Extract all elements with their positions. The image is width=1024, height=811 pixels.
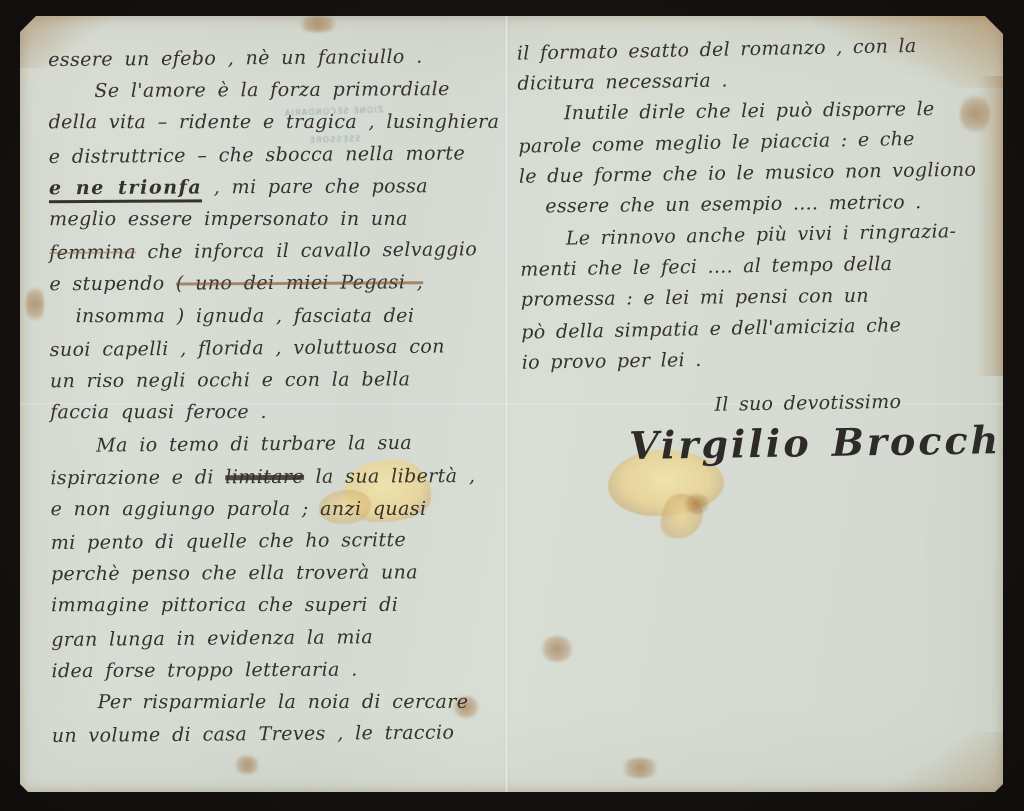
foxing-spot [26, 284, 44, 324]
handwritten-line: essere un efebo , nè un fanciullo . [48, 40, 508, 76]
handwritten-line: insomma ) ignuda , fasciata dei [50, 299, 510, 332]
handwritten-line: meglio essere impersonato in una [49, 203, 509, 236]
struck-phrase: ( uno dei miei Pegasi , [176, 272, 423, 295]
handwritten-line: e non aggiungo parola ; anzi quasi [51, 493, 511, 526]
letter-sheet: ZIONE SECONDARIA SSESSORE essere un efeb… [20, 16, 1003, 792]
scan-background: ZIONE SECONDARIA SSESSORE essere un efeb… [0, 0, 1024, 811]
handwritten-line: gran lunga in evidenza la mia [51, 620, 511, 656]
handwritten-line: Ma io temo di turbare la sua [50, 426, 510, 462]
handwritten-line: femmina che inforca il cavallo selvaggio [49, 233, 509, 269]
handwritten-line: Se l'amore è la forza primordiale [48, 73, 508, 108]
handwritten-line: un volume di casa Treves , le traccio [52, 716, 512, 752]
handwritten-line: della vita – ridente e tragica , lusingh… [49, 106, 509, 139]
foxing-spot [296, 16, 340, 32]
foxing-spot [234, 756, 260, 774]
foxing-spot [540, 636, 574, 662]
underlined-phrase: e ne trionfa [49, 176, 203, 203]
handwritten-line: idea forse troppo letteraria . [51, 653, 511, 688]
handwritten-line: mi pento di quelle che ho scritte [51, 523, 511, 559]
scribbled-word: limitare [225, 466, 304, 488]
handwritten-line: Per risparmiarle la noia di cercare [52, 686, 512, 719]
handwritten-line: e distruttrice – che sbocca nella morte [49, 137, 509, 173]
handwritten-line: e stupendo ( uno dei miei Pegasi , [49, 266, 509, 301]
handwritten-line: ispirazione e di limitare la sua libertà… [50, 459, 510, 494]
handwritten-line: immagine pittorica che superi di [51, 589, 511, 622]
signature: Virgilio Brocchi [523, 424, 999, 462]
left-page: essere un efebo , nè un fanciullo . Se l… [48, 41, 512, 752]
handwritten-line: suoi capelli , florida , voluttuosa con [50, 330, 510, 366]
right-page: il formato esatto del romanzo , con la d… [517, 30, 1000, 462]
foxing-corner-bottom-right [883, 732, 1003, 792]
handwritten-line: e ne trionfa , mi pare che possa [49, 170, 509, 205]
foxing-spot [620, 758, 660, 778]
handwritten-line: un riso negli occhi e con la bella [50, 363, 510, 398]
handwritten-line: perchè penso che ella troverà una [51, 556, 511, 591]
foxing-spot [684, 494, 710, 514]
handwritten-line: faccia quasi feroce . [50, 396, 510, 429]
faint-struck-word: femmina [49, 241, 136, 264]
